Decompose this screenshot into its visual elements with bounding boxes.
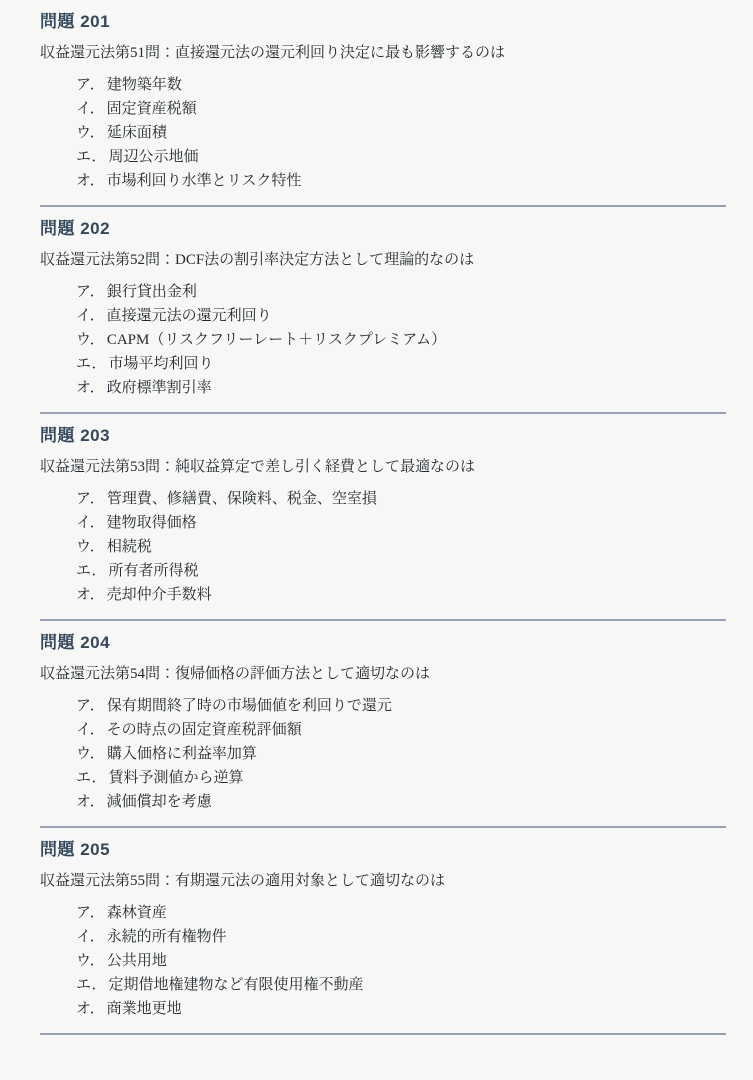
- option-u: ウ．CAPM（リスクフリーレート＋リスクプレミアム）: [76, 328, 726, 352]
- question-number: 問題 205: [40, 841, 726, 859]
- question-number: 問題 204: [40, 634, 726, 652]
- option-marker: ウ．: [76, 746, 105, 762]
- section-divider: [40, 619, 726, 621]
- option-text: CAPM（リスクフリーレート＋リスクプレミアム）: [107, 332, 446, 348]
- option-u: ウ．相続税: [76, 535, 726, 559]
- option-text: 市場利回り水準とリスク特性: [107, 173, 302, 189]
- option-text: 永続的所有権物件: [107, 929, 227, 945]
- option-text: 銀行貸出金利: [107, 284, 197, 300]
- option-i: イ．直接還元法の還元利回り: [76, 304, 726, 328]
- question-block-203: 問題 203 収益還元法第53問：純収益算定で差し引く経費として最適なのは ア．…: [40, 427, 726, 621]
- option-text: 商業地更地: [107, 1001, 182, 1017]
- option-text: 建物築年数: [107, 77, 182, 93]
- option-i: イ．建物取得価格: [76, 511, 726, 535]
- option-a: ア．森林資産: [76, 901, 726, 925]
- option-text: 相続税: [107, 539, 152, 555]
- section-divider: [40, 1033, 726, 1035]
- question-number: 問題 201: [40, 13, 726, 31]
- option-text: 減価償却を考慮: [107, 794, 212, 810]
- option-a: ア．建物築年数: [76, 73, 726, 97]
- option-e: エ．所有者所得税: [76, 559, 726, 583]
- option-u: ウ．購入価格に利益率加算: [76, 742, 726, 766]
- options-list: ア．銀行貸出金利 イ．直接還元法の還元利回り ウ．CAPM（リスクフリーレート＋…: [40, 280, 726, 400]
- option-i: イ．固定資産税額: [76, 97, 726, 121]
- question-prompt: 収益還元法第53問：純収益算定で差し引く経費として最適なのは: [40, 457, 726, 477]
- option-marker: ア．: [76, 698, 105, 714]
- option-marker: ウ．: [76, 125, 105, 141]
- option-text: 所有者所得税: [108, 563, 198, 579]
- option-marker: ウ．: [76, 953, 105, 969]
- option-text: 直接還元法の還元利回り: [107, 308, 272, 324]
- quiz-page: 問題 201 収益還元法第51問：直接還元法の還元利回り決定に最も影響するのは …: [0, 0, 753, 1035]
- option-marker: ア．: [76, 905, 105, 921]
- option-marker: オ．: [76, 794, 105, 810]
- option-marker: イ．: [76, 722, 105, 738]
- option-marker: エ．: [76, 563, 106, 579]
- option-e: エ．市場平均利回り: [76, 352, 726, 376]
- option-marker: オ．: [76, 587, 105, 603]
- option-e: エ．周辺公示地価: [76, 145, 726, 169]
- option-text: 売却仲介手数料: [107, 587, 212, 603]
- option-marker: イ．: [76, 308, 105, 324]
- option-text: 公共用地: [107, 953, 167, 969]
- option-o: オ．政府標準割引率: [76, 376, 726, 400]
- options-list: ア．管理費、修繕費、保険料、税金、空室損 イ．建物取得価格 ウ．相続税 エ．所有…: [40, 487, 726, 607]
- option-marker: ア．: [76, 284, 105, 300]
- option-text: その時点の固定資産税評価額: [107, 722, 302, 738]
- option-text: 定期借地権建物など有限使用権不動産: [108, 977, 363, 993]
- option-o: オ．市場利回り水準とリスク特性: [76, 169, 726, 193]
- option-a: ア．管理費、修繕費、保険料、税金、空室損: [76, 487, 726, 511]
- question-prompt: 収益還元法第54問：復帰価格の評価方法として適切なのは: [40, 664, 726, 684]
- option-a: ア．保有期間終了時の市場価値を利回りで還元: [76, 694, 726, 718]
- option-a: ア．銀行貸出金利: [76, 280, 726, 304]
- option-marker: イ．: [76, 515, 105, 531]
- option-marker: エ．: [76, 149, 106, 165]
- question-block-202: 問題 202 収益還元法第52問：DCF法の割引率決定方法として理論的なのは ア…: [40, 220, 726, 414]
- section-divider: [40, 826, 726, 828]
- option-text: 購入価格に利益率加算: [107, 746, 257, 762]
- option-o: オ．売却仲介手数料: [76, 583, 726, 607]
- option-e: エ．賃料予測値から逆算: [76, 766, 726, 790]
- question-number: 問題 202: [40, 220, 726, 238]
- section-divider: [40, 412, 726, 414]
- option-text: 政府標準割引率: [107, 380, 212, 396]
- options-list: ア．森林資産 イ．永続的所有権物件 ウ．公共用地 エ．定期借地権建物など有限使用…: [40, 901, 726, 1021]
- question-block-205: 問題 205 収益還元法第55問：有期還元法の適用対象として適切なのは ア．森林…: [40, 841, 726, 1035]
- question-prompt: 収益還元法第52問：DCF法の割引率決定方法として理論的なのは: [40, 250, 726, 270]
- question-block-204: 問題 204 収益還元法第54問：復帰価格の評価方法として適切なのは ア．保有期…: [40, 634, 726, 828]
- option-marker: ア．: [76, 77, 105, 93]
- option-text: 周辺公示地価: [108, 149, 198, 165]
- option-marker: ウ．: [76, 539, 105, 555]
- question-prompt: 収益還元法第51問：直接還元法の還元利回り決定に最も影響するのは: [40, 43, 726, 63]
- question-block-201: 問題 201 収益還元法第51問：直接還元法の還元利回り決定に最も影響するのは …: [40, 13, 726, 207]
- option-o: オ．減価償却を考慮: [76, 790, 726, 814]
- option-text: 固定資産税額: [107, 101, 197, 117]
- option-text: 管理費、修繕費、保険料、税金、空室損: [107, 491, 377, 507]
- option-i: イ．その時点の固定資産税評価額: [76, 718, 726, 742]
- option-marker: エ．: [76, 770, 106, 786]
- option-u: ウ．公共用地: [76, 949, 726, 973]
- option-e: エ．定期借地権建物など有限使用権不動産: [76, 973, 726, 997]
- option-o: オ．商業地更地: [76, 997, 726, 1021]
- option-marker: エ．: [76, 356, 106, 372]
- option-marker: オ．: [76, 1001, 105, 1017]
- option-u: ウ．延床面積: [76, 121, 726, 145]
- option-text: 森林資産: [107, 905, 167, 921]
- option-marker: オ．: [76, 380, 105, 396]
- option-marker: オ．: [76, 173, 105, 189]
- option-marker: エ．: [76, 977, 106, 993]
- option-marker: ウ．: [76, 332, 105, 348]
- option-text: 市場平均利回り: [108, 356, 213, 372]
- option-marker: イ．: [76, 101, 105, 117]
- option-text: 建物取得価格: [107, 515, 197, 531]
- options-list: ア．保有期間終了時の市場価値を利回りで還元 イ．その時点の固定資産税評価額 ウ．…: [40, 694, 726, 814]
- option-text: 賃料予測値から逆算: [108, 770, 243, 786]
- section-divider: [40, 205, 726, 207]
- option-marker: ア．: [76, 491, 105, 507]
- question-prompt: 収益還元法第55問：有期還元法の適用対象として適切なのは: [40, 871, 726, 891]
- question-number: 問題 203: [40, 427, 726, 445]
- option-marker: イ．: [76, 929, 105, 945]
- option-text: 保有期間終了時の市場価値を利回りで還元: [107, 698, 392, 714]
- options-list: ア．建物築年数 イ．固定資産税額 ウ．延床面積 エ．周辺公示地価 オ．市場利回り…: [40, 73, 726, 193]
- option-text: 延床面積: [107, 125, 167, 141]
- option-i: イ．永続的所有権物件: [76, 925, 726, 949]
